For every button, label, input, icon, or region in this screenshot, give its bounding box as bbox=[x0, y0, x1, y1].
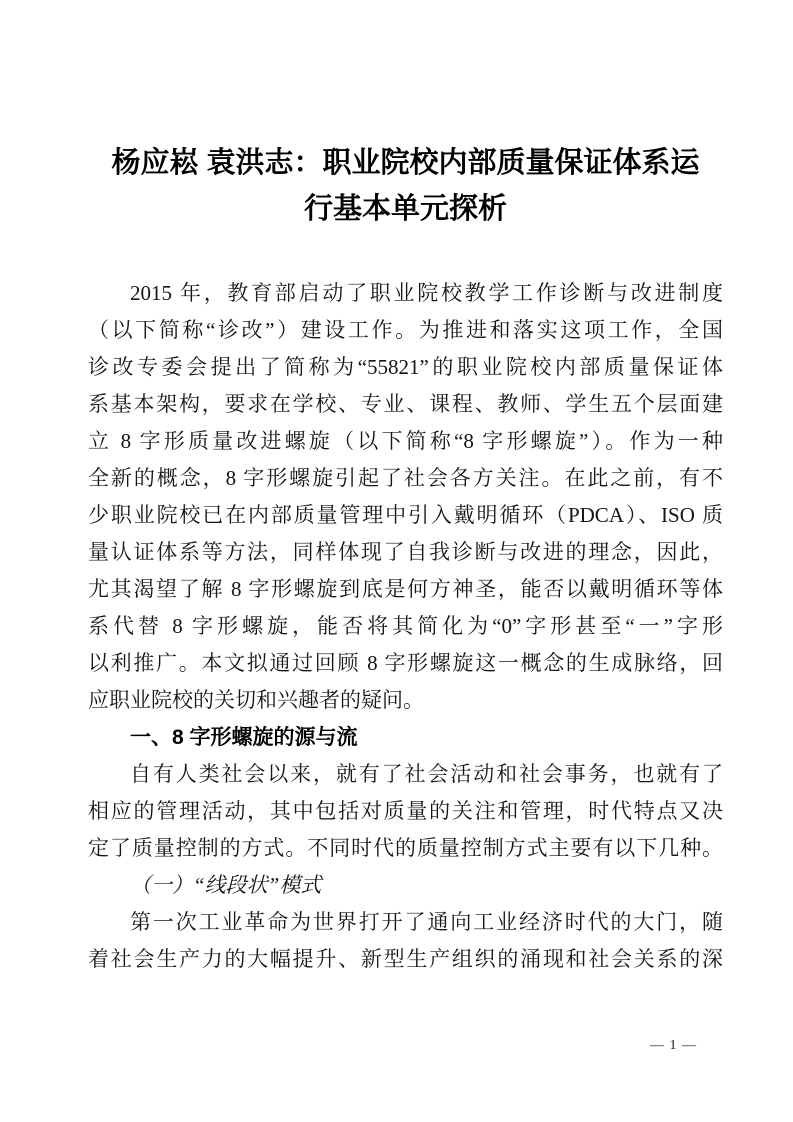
paragraph-line: 第一次工业革命为世界打开了通向工业经济时代的大门，随 bbox=[88, 904, 723, 941]
paragraph-line: 自有人类社会以来，就有了社会活动和社会事务，也就有了 bbox=[88, 756, 723, 793]
paragraph-line: 立 8 字形质量改进螺旋（以下简称“8 字形螺旋”）。作为一种 bbox=[88, 423, 723, 460]
paragraph-line: 应职业院校的关切和兴趣者的疑问。 bbox=[88, 682, 723, 719]
paragraph-line: 诊改专委会提出了简称为“55821”的职业院校内部质量保证体 bbox=[88, 349, 723, 386]
paragraph-line: 定了质量控制的方式。不同时代的质量控制方式主要有以下几种。 bbox=[88, 830, 723, 867]
document-page: 杨应崧 袁洪志：职业院校内部质量保证体系运 行基本单元探析 2015 年，教育部… bbox=[0, 0, 793, 1122]
article-title: 杨应崧 袁洪志：职业院校内部质量保证体系运 行基本单元探析 bbox=[88, 140, 723, 232]
article-title-line: 杨应崧 袁洪志：职业院校内部质量保证体系运 bbox=[88, 140, 723, 186]
paragraph-line: 系代替 8 字形螺旋，能否将其简化为“0”字形甚至“一”字形 bbox=[88, 608, 723, 645]
section-heading: 一、8 字形螺旋的源与流 bbox=[88, 719, 723, 756]
paragraph-line: 量认证体系等方法，同样体现了自我诊断与改进的理念，因此， bbox=[88, 534, 723, 571]
page-number: — 1 — bbox=[650, 1038, 697, 1054]
subsection-heading: （一）“线段状”模式 bbox=[88, 867, 723, 904]
paragraph-line: 全新的概念，8 字形螺旋引起了社会各方关注。在此之前，有不 bbox=[88, 460, 723, 497]
article-title-line: 行基本单元探析 bbox=[88, 186, 723, 232]
paragraph-line: 相应的管理活动，其中包括对质量的关注和管理，时代特点又决 bbox=[88, 793, 723, 830]
paragraph-line: 以利推广。本文拟通过回顾 8 字形螺旋这一概念的生成脉络，回 bbox=[88, 645, 723, 682]
paragraph-line: 着社会生产力的大幅提升、新型生产组织的涌现和社会关系的深 bbox=[88, 941, 723, 978]
paragraph-line: 2015 年，教育部启动了职业院校教学工作诊断与改进制度 bbox=[88, 275, 723, 312]
paragraph-line: 少职业院校已在内部质量管理中引入戴明循环（PDCA）、ISO 质 bbox=[88, 497, 723, 534]
paragraph-line: （以下简称“诊改”）建设工作。为推进和落实这项工作，全国 bbox=[88, 312, 723, 349]
document-content: 杨应崧 袁洪志：职业院校内部质量保证体系运 行基本单元探析 2015 年，教育部… bbox=[88, 140, 723, 978]
paragraph-line: 尤其渴望了解 8 字形螺旋到底是何方神圣，能否以戴明循环等体 bbox=[88, 571, 723, 608]
document-body: 2015 年，教育部启动了职业院校教学工作诊断与改进制度（以下简称“诊改”）建设… bbox=[88, 275, 723, 978]
paragraph-line: 系基本架构，要求在学校、专业、课程、教师、学生五个层面建 bbox=[88, 386, 723, 423]
